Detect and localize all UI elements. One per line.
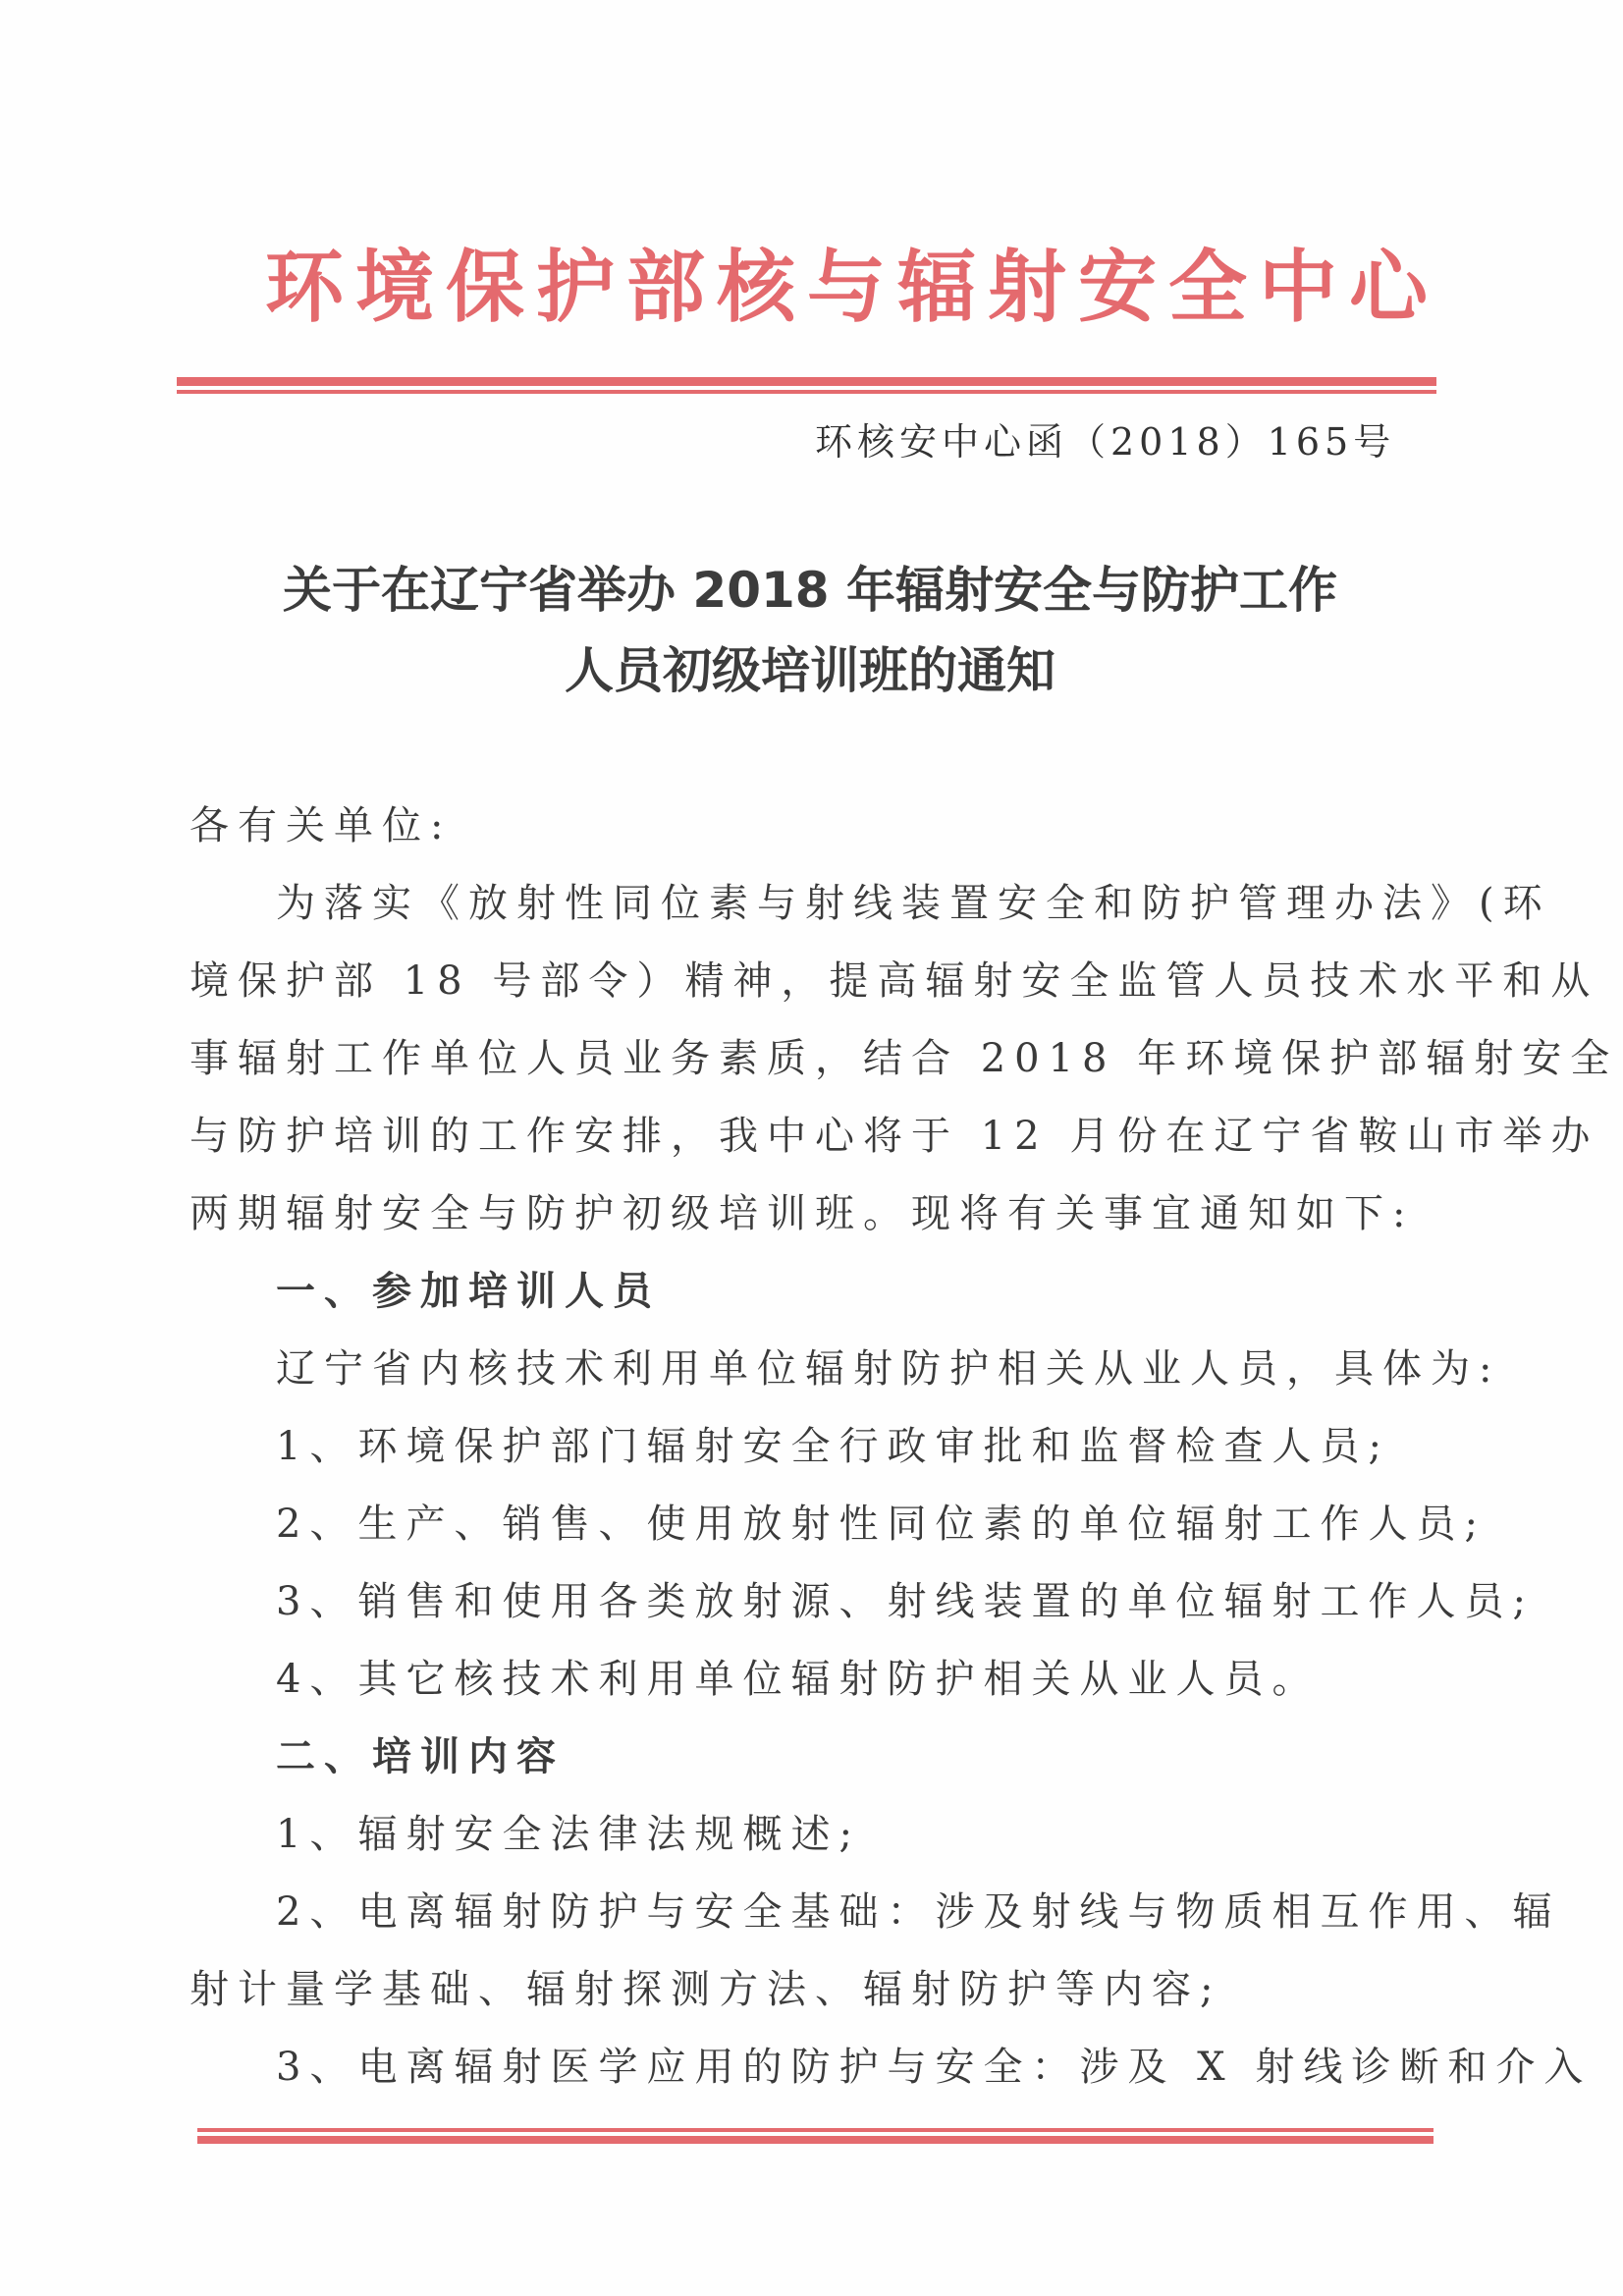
section-heading-participants: 一、参加培训人员 bbox=[189, 1253, 1441, 1331]
content-item: 3、电离辐射医学应用的防护与安全：涉及 X 射线诊断和介入 bbox=[189, 2029, 1441, 2106]
organization-letterhead: 环境保护部核与辐射安全中心 bbox=[265, 234, 1394, 342]
document-title: 关于在辽宁省举办 2018 年辐射安全与防护工作 人员初级培训班的通知 bbox=[147, 550, 1473, 711]
salutation: 各有关单位: bbox=[189, 788, 1441, 865]
document-number: 环核安中心函（2018）165号 bbox=[815, 412, 1404, 471]
participants-lead: 辽宁省内核技术利用单位辐射防护相关从业人员，具体为: bbox=[189, 1331, 1441, 1408]
letterhead-rule-thick bbox=[177, 377, 1436, 386]
participant-item: 3、销售和使用各类放射源、射线装置的单位辐射工作人员; bbox=[189, 1563, 1441, 1641]
intro-paragraph-line: 为落实《放射性同位素与射线装置安全和防护管理办法》(环 bbox=[189, 865, 1441, 943]
intro-paragraph-line: 事辐射工作单位人员业务素质，结合 2018 年环境保护部辐射安全 bbox=[189, 1020, 1441, 1098]
footer-rule-thick bbox=[197, 2136, 1434, 2144]
content-item: 2、电离辐射防护与安全基础：涉及射线与物质相互作用、辐 bbox=[189, 1874, 1441, 1951]
document-page: 环境保护部核与辐射安全中心 环核安中心函（2018）165号 关于在辽宁省举办 … bbox=[0, 0, 1623, 2296]
intro-paragraph-line: 两期辐射安全与防护初级培训班。现将有关事宜通知如下: bbox=[189, 1175, 1441, 1253]
participant-item: 2、生产、销售、使用放射性同位素的单位辐射工作人员; bbox=[189, 1486, 1441, 1563]
document-body: 各有关单位: 为落实《放射性同位素与射线装置安全和防护管理办法》(环 境保护部 … bbox=[189, 788, 1441, 2106]
content-item-continuation: 射计量学基础、辐射探测方法、辐射防护等内容; bbox=[189, 1951, 1441, 2029]
footer-rule-thin bbox=[197, 2128, 1434, 2132]
intro-paragraph-line: 与防护培训的工作安排，我中心将于 12 月份在辽宁省鞍山市举办 bbox=[189, 1098, 1441, 1175]
participant-item: 4、其它核技术利用单位辐射防护相关从业人员。 bbox=[189, 1641, 1441, 1719]
content-item: 1、辐射安全法律法规概述; bbox=[189, 1796, 1441, 1874]
intro-paragraph-line: 境保护部 18 号部令）精神，提高辐射安全监管人员技术水平和从 bbox=[189, 943, 1441, 1020]
letterhead-rule-thin bbox=[177, 390, 1436, 394]
title-line-1: 关于在辽宁省举办 2018 年辐射安全与防护工作 bbox=[147, 550, 1473, 630]
section-heading-content: 二、培训内容 bbox=[189, 1719, 1441, 1796]
participant-item: 1、环境保护部门辐射安全行政审批和监督检查人员; bbox=[189, 1408, 1441, 1486]
title-line-2: 人员初级培训班的通知 bbox=[147, 630, 1473, 711]
